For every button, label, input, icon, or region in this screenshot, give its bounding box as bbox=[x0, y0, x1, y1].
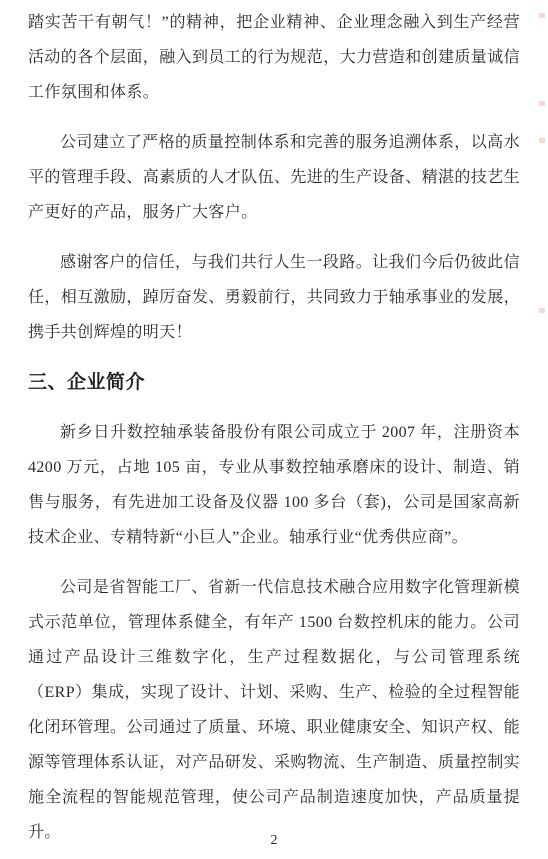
paragraph-quality-system: 公司建立了严格的质量控制体系和完善的服务追溯体系，以高水平的管理手段、高素质的人… bbox=[28, 125, 520, 230]
margin-proof-mark bbox=[539, 138, 545, 143]
margin-proof-mark bbox=[539, 101, 545, 106]
document-page: 踏实苦干有朝气！”的精神，把企业精神、企业理念融入到生产经营活动的各个层面，融入… bbox=[28, 5, 520, 859]
margin-proof-mark bbox=[539, 13, 545, 18]
margin-proof-mark bbox=[539, 308, 545, 313]
paragraph-company-intro: 新乡日升数控轴承装备股份有限公司成立于 2007 年，注册资本 4200 万元，… bbox=[28, 415, 520, 555]
page-number: 2 bbox=[0, 833, 548, 849]
paragraph-quality-culture: 踏实苦干有朝气！”的精神，把企业精神、企业理念融入到生产经营活动的各个层面，融入… bbox=[28, 5, 520, 110]
paragraph-thanks-customers: 感谢客户的信任，与我们共行人生一段路。让我们今后仍彼此信任，相互激励，踔厉奋发、… bbox=[28, 245, 520, 350]
paragraph-smart-factory: 公司是省智能工厂、省新一代信息技术融合应用数字化管理新模式示范单位，管理体系健全… bbox=[28, 570, 520, 850]
section-heading-company-profile: 三、企业简介 bbox=[28, 365, 520, 400]
